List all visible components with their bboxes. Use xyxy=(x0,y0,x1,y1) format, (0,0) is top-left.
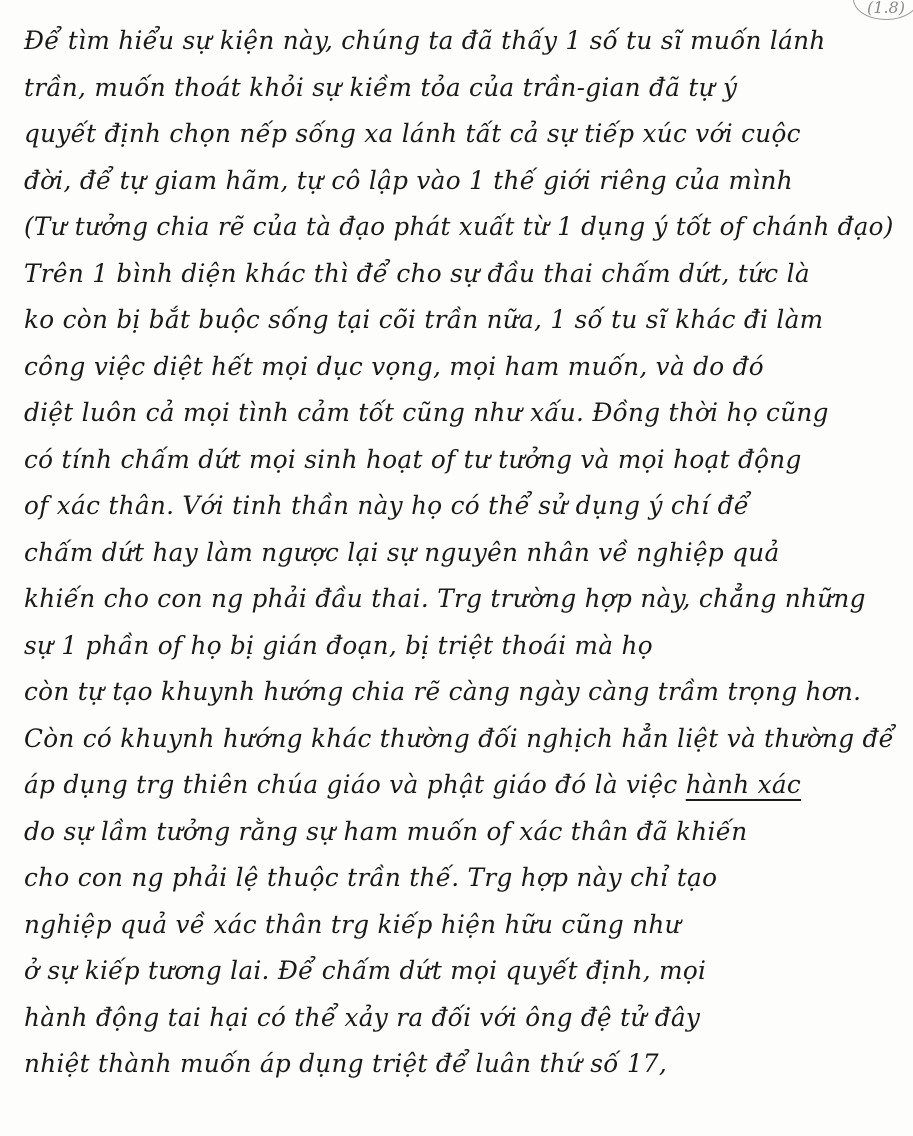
manuscript-line: cho con ng phải lệ thuộc trần thế. Trg h… xyxy=(24,855,894,902)
manuscript-line: áp dụng trg thiên chúa giáo và phật giáo… xyxy=(24,762,894,809)
manuscript-line: do sự lầm tưởng rằng sự ham muốn of xác … xyxy=(24,809,894,856)
manuscript-line: Còn có khuynh hướng khác thường đối nghị… xyxy=(24,716,894,763)
manuscript-line: (Tư tưởng chia rẽ của tà đạo phát xuất t… xyxy=(24,204,889,251)
manuscript-line: nghiệp quả về xác thân trg kiếp hiện hữu… xyxy=(24,902,894,949)
manuscript-line: Trên 1 bình diện khác thì để cho sự đầu … xyxy=(24,251,894,298)
manuscript-line: quyết định chọn nếp sống xa lánh tất cả … xyxy=(24,111,894,158)
page-number: (1.8) xyxy=(867,0,905,17)
manuscript-page: (1.8) Để tìm hiểu sự kiện này, chúng ta … xyxy=(0,0,913,1136)
manuscript-line: khiến cho con ng phải đầu thai. Trg trườ… xyxy=(24,576,894,623)
manuscript-line: còn tự tạo khuynh hướng chia rẽ càng ngà… xyxy=(24,669,894,716)
manuscript-line: sự 1 phần of họ bị gián đoạn, bị triệt t… xyxy=(24,623,894,670)
manuscript-line: có tính chấm dứt mọi sinh hoạt of tư tưở… xyxy=(24,437,894,484)
manuscript-line: of xác thân. Với tinh thần này họ có thể… xyxy=(24,483,894,530)
handwritten-text-body: Để tìm hiểu sự kiện này, chúng ta đã thấ… xyxy=(24,18,904,1088)
manuscript-line: ở sự kiếp tương lai. Để chấm dứt mọi quy… xyxy=(24,948,894,995)
manuscript-line: trần, muốn thoát khỏi sự kiềm tỏa của tr… xyxy=(24,65,894,112)
manuscript-line: diệt luôn cả mọi tình cảm tốt cũng như x… xyxy=(24,390,894,437)
page-number-circle: (1.8) xyxy=(853,0,913,20)
manuscript-line: công việc diệt hết mọi dục vọng, mọi ham… xyxy=(24,344,894,391)
manuscript-line: Để tìm hiểu sự kiện này, chúng ta đã thấ… xyxy=(24,18,894,65)
manuscript-line: ko còn bị bắt buộc sống tại cõi trần nữa… xyxy=(24,297,894,344)
manuscript-line: đời, để tự giam hãm, tự cô lập vào 1 thế… xyxy=(24,158,894,205)
underlined-phrase: hành xác xyxy=(686,770,801,799)
manuscript-line: chấm dứt hay làm ngược lại sự nguyên nhâ… xyxy=(24,530,894,577)
manuscript-line: nhiệt thành muốn áp dụng triệt để luân t… xyxy=(24,1041,894,1088)
manuscript-line: hành động tai hại có thể xảy ra đối với … xyxy=(24,995,894,1042)
